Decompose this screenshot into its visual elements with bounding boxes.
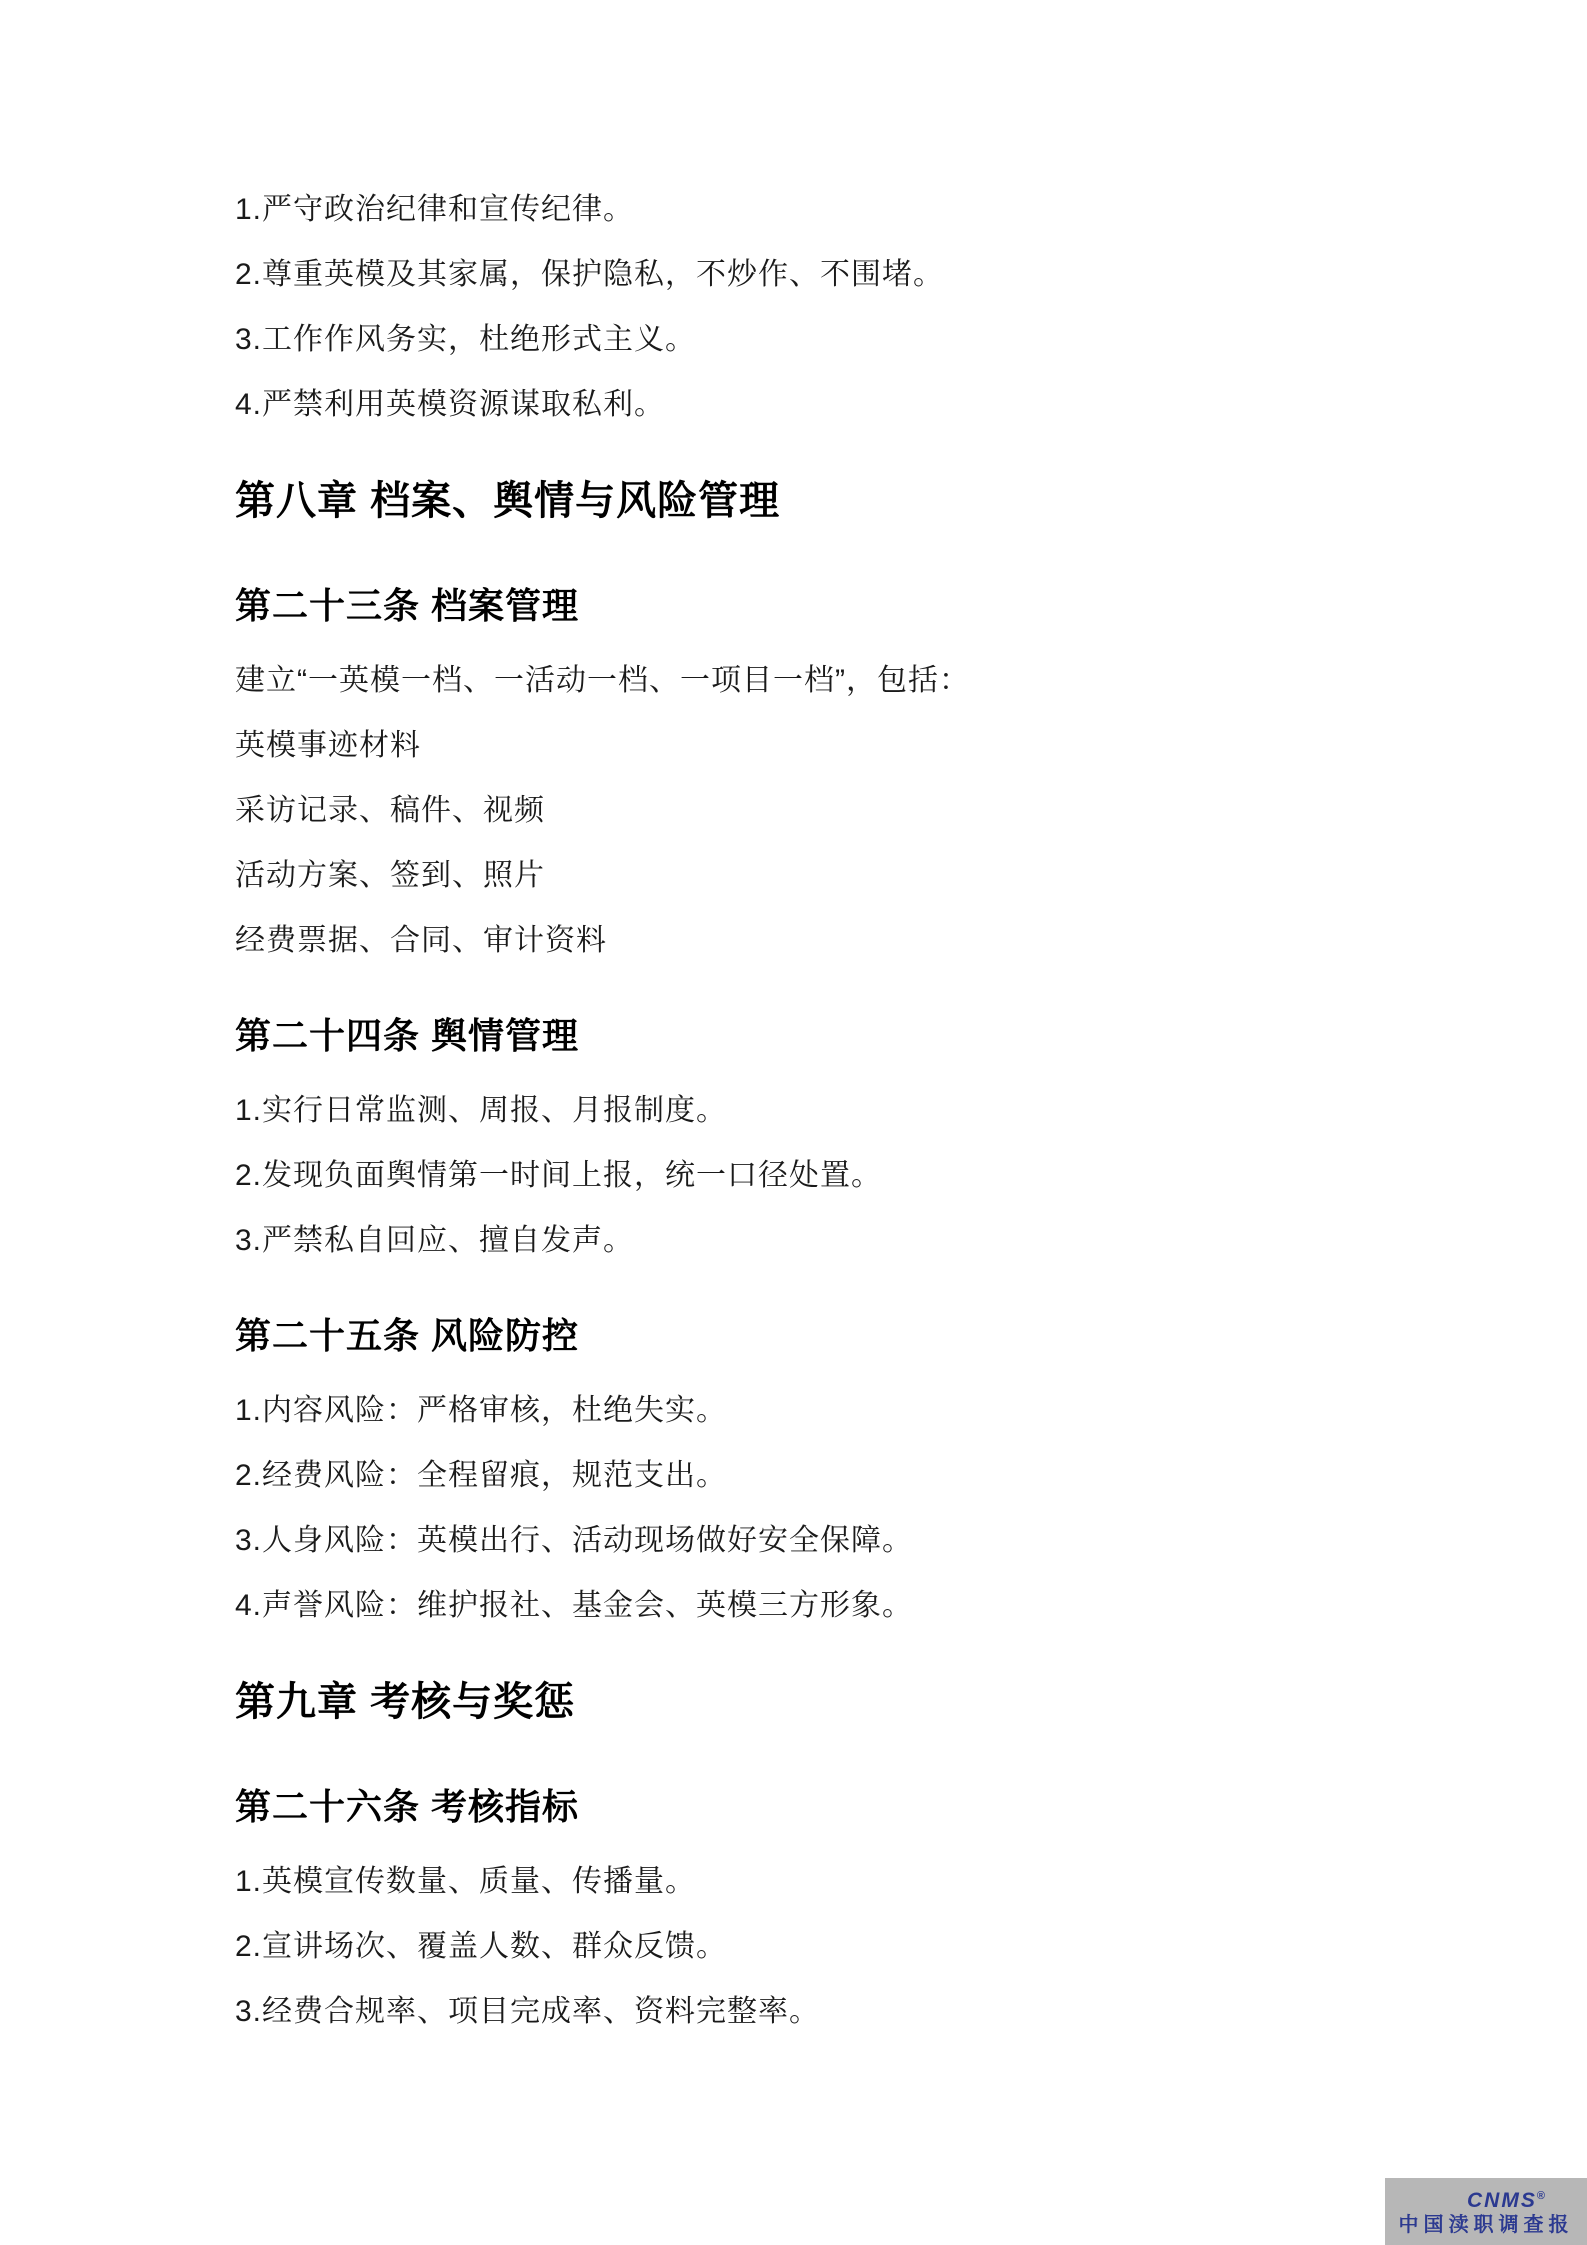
paragraph: 3.工作作风务实，杜绝形式主义。 [235,325,1375,355]
publisher-name: 中国渎职调查报 [1399,2212,1574,2238]
document-page: { "colors": { "page_background": "#fffff… [0,0,1587,2245]
section-heading: 第二十四条 舆情管理 [235,1017,1375,1055]
paragraph: 3.人身风险：英模出行、活动现场做好安全保障。 [235,1526,1375,1556]
paragraph: 1.严守政治纪律和宣传纪律。 [235,195,1375,225]
paragraph: 建立“一英模一档、一活动一档、一项目一档”，包括： [235,666,1375,696]
paragraph: 3.严禁私自回应、擅自发声。 [235,1226,1375,1256]
cnms-logo-text: CNMS [1467,2189,1537,2212]
section-heading: 第二十六条 考核指标 [235,1788,1375,1826]
chapter-heading: 第八章 档案、舆情与风险管理 [235,479,1375,523]
paragraph: 活动方案、签到、照片 [235,861,1375,891]
publisher-watermark: CNMS® 中国渎职调查报 [1385,2178,1587,2245]
paragraph: 4.严禁利用英模资源谋取私利。 [235,390,1375,420]
paragraph: 2.发现负面舆情第一时间上报，统一口径处置。 [235,1161,1375,1191]
registered-trademark-icon: ® [1537,2190,1545,2202]
section-heading: 第二十五条 风险防控 [235,1317,1375,1355]
section-heading: 第二十三条 档案管理 [235,587,1375,625]
cnms-logo: CNMS® [1467,2185,1545,2212]
paragraph: 采访记录、稿件、视频 [235,796,1375,826]
chapter-heading: 第九章 考核与奖惩 [235,1680,1375,1724]
paragraph: 1.英模宣传数量、质量、传播量。 [235,1867,1375,1897]
paragraph: 1.实行日常监测、周报、月报制度。 [235,1096,1375,1126]
paragraph: 1.内容风险：严格审核，杜绝失实。 [235,1396,1375,1426]
paragraph: 2.尊重英模及其家属，保护隐私，不炒作、不围堵。 [235,260,1375,290]
paragraph: 4.声誉风险：维护报社、基金会、英模三方形象。 [235,1591,1375,1621]
paragraph: 3.经费合规率、项目完成率、资料完整率。 [235,1997,1375,2027]
document-content: 1.严守政治纪律和宣传纪律。2.尊重英模及其家属，保护隐私，不炒作、不围堵。3.… [235,195,1375,2062]
paragraph: 经费票据、合同、审计资料 [235,926,1375,956]
paragraph: 2.经费风险：全程留痕，规范支出。 [235,1461,1375,1491]
paragraph: 2.宣讲场次、覆盖人数、群众反馈。 [235,1932,1375,1962]
paragraph: 英模事迹材料 [235,731,1375,761]
